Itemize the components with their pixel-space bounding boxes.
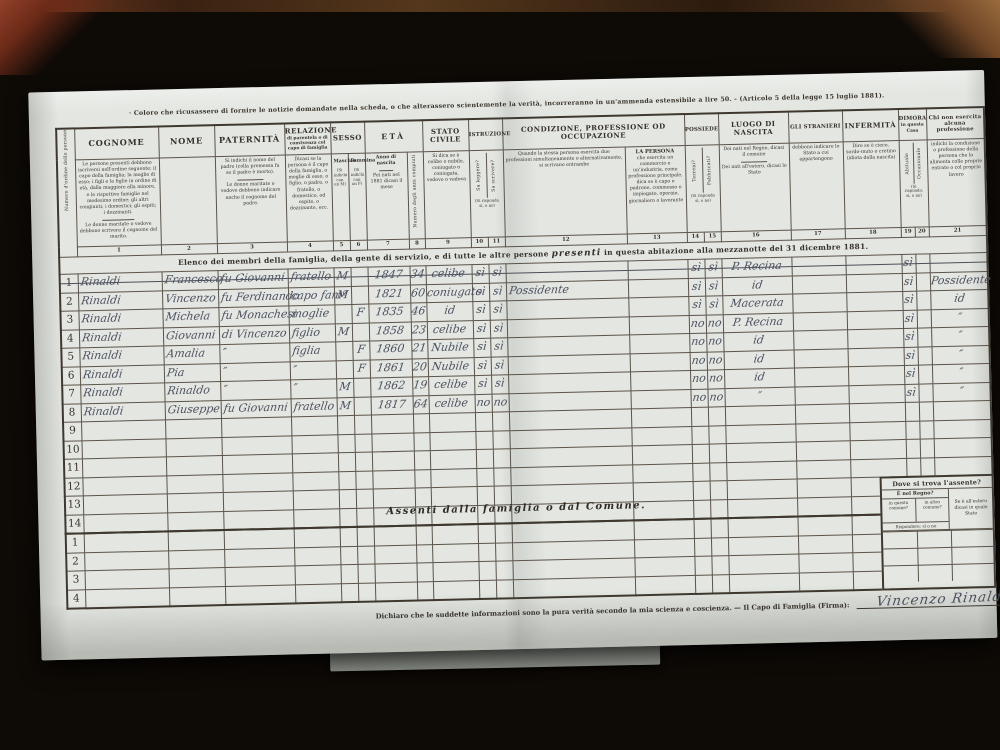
handwritten-entry: 1862 [376, 378, 406, 394]
cell-relazione [292, 453, 338, 473]
handwritten-entry: figlia [289, 343, 321, 359]
cell-luogo: ″ [724, 387, 794, 407]
cell-fabbricati [708, 426, 725, 445]
note-stato-civile: Si dica se è celibe o nubile, coniugato … [423, 151, 471, 239]
handwritten-entry: id [753, 370, 766, 385]
empty-cell-stranieri [798, 534, 852, 554]
note-paternita: Si indichi il nome del padre (colla prem… [215, 155, 287, 244]
cell-paternita: fu Monachesi [218, 306, 288, 326]
cell-persona [631, 426, 691, 446]
cell-nome: Francesco [162, 271, 218, 291]
cell-stranieri [793, 312, 847, 332]
cell-abituale: sì [904, 347, 918, 366]
cell-scrivere: sì [488, 264, 505, 283]
note-cognome: Le persone presenti debbono iscriversi n… [75, 158, 161, 247]
answer-instruction: Rispondere: sì o no [883, 521, 950, 531]
cell-luogo: P. Recina [723, 313, 793, 333]
cell-m: M [336, 379, 353, 398]
handwritten-entry: 46 [411, 304, 427, 319]
cell-occasionale [919, 402, 933, 421]
col-header-stranieri: GLI STRANIERI [788, 110, 843, 143]
handwritten-entry: ″ [757, 388, 763, 403]
cell-f: F [351, 304, 368, 323]
handwritten-entry: sì [708, 297, 719, 312]
cell-paternita [222, 473, 292, 493]
handwritten-entry: celibe [434, 377, 469, 393]
cell-anni [413, 432, 429, 451]
cell-anni: 46 [410, 303, 426, 322]
cell-cognome: Rinaldi [79, 328, 163, 348]
cell-cognome: Rinaldi [78, 309, 162, 329]
cell-fabbricati [709, 462, 726, 481]
empty-cell-persona [634, 556, 694, 576]
cell-m [338, 453, 355, 472]
handwritten-entry: celibe [431, 266, 466, 282]
cell-abituale: sì [902, 291, 916, 310]
cell-leggere: sì [473, 320, 490, 339]
cell-nome: Giuseppe [165, 400, 221, 420]
handwritten-entry: Possidente [929, 272, 991, 288]
handwritten-entry: M [336, 268, 349, 283]
empty-cell-luogo [728, 554, 798, 574]
cell-persona [628, 278, 688, 298]
handwritten-entry: P. Recina [732, 314, 784, 330]
note-nome [159, 157, 217, 246]
handwritten-entry: no [690, 352, 706, 367]
handwritten-entry: Giovanni [163, 327, 216, 343]
cell-anno [371, 433, 413, 452]
handwritten-entry: sì [905, 347, 916, 362]
census-table: Numero d'ordine delle persone COGNOME NO… [55, 106, 994, 535]
cell-luogo [726, 442, 796, 462]
cell-cognome: Rinaldi [80, 365, 164, 385]
cell-persona [629, 315, 689, 335]
cell-nome [165, 437, 221, 457]
handwritten-entry: sì [906, 384, 917, 399]
cell-f [355, 471, 372, 490]
cell-fabbricati: no [707, 389, 724, 408]
empty-cell-persona [635, 575, 695, 595]
cell-abituale [905, 402, 919, 421]
note-luogo: Dei nati nel Regno, dicasi il comuneDei … [719, 143, 791, 232]
cell-terreni [691, 407, 708, 426]
note-persona: LA PERSONAche esercita un commercio o un… [625, 146, 687, 235]
cell-anno: 1861 [370, 359, 412, 378]
row-number: 1 [60, 274, 78, 293]
cell-leggere: sì [471, 265, 488, 284]
cell-terreni: no [690, 352, 707, 371]
empty-cell-f [357, 546, 374, 565]
col-header-condizione: CONDIZIONE, PROFESSIONE OD OCCUPAZIONE [502, 114, 685, 150]
cell-anno [372, 451, 414, 470]
handwritten-entry: 34 [410, 267, 426, 282]
empty-cell-paternita [224, 547, 294, 567]
cell-scrivere: sì [489, 301, 506, 320]
col-num: 6 [350, 240, 367, 250]
cell-infermita [849, 403, 905, 423]
handwritten-entry: sì [492, 265, 503, 280]
cell-anno: 1860 [369, 340, 411, 359]
cell-anni: 64 [413, 395, 429, 414]
cell-relazione: ″ [290, 379, 336, 399]
row-number: 2 [60, 293, 78, 312]
handwritten-entry: no [492, 394, 508, 409]
col-header-eta: ETÀ [364, 120, 423, 153]
handwritten-entry: sì [476, 339, 487, 354]
empty-cell-nome [169, 568, 225, 588]
cell-leggere [475, 431, 492, 450]
col-header-relazione: RELAZIONE di parentela o di convivenza c… [284, 122, 331, 155]
handwritten-entry: sì [475, 265, 486, 280]
cell-anni [414, 469, 430, 488]
note-possiede: Terreni?Fabbricati?(Si risponda sì, o no… [685, 145, 721, 233]
cell-leggere: sì [474, 376, 491, 395]
cell-fabbricati: sì [704, 259, 721, 278]
cell-nome: Pia [164, 363, 220, 383]
cell-f [352, 323, 369, 342]
cell-luogo: Macerata [722, 294, 792, 314]
cell-luogo: id [723, 331, 793, 351]
col-header-cognome: COGNOME [74, 126, 159, 159]
handwritten-entry: ″ [958, 383, 964, 398]
empty-cell-scrivere [495, 523, 512, 542]
cell-abituale: sì [904, 384, 918, 403]
cell-relazione: fratello [288, 268, 334, 288]
cell-f [354, 434, 371, 453]
cell-terreni [692, 444, 709, 463]
note-stranieri: debbono indicare lo Stato a cui apparten… [789, 142, 845, 231]
cell-f: F [352, 341, 369, 360]
cell-m: M [337, 397, 354, 416]
empty-cell-relazione [294, 527, 340, 547]
col-num: 8 [409, 239, 425, 249]
row-number: 10 [63, 441, 81, 460]
cell-chi-non [934, 438, 992, 458]
empty-cell-cognome [85, 587, 169, 608]
handwritten-entry: sì [903, 274, 914, 289]
cell-paternita: ″ [220, 380, 290, 400]
handwritten-entry: Amalia [163, 346, 206, 362]
handwritten-entry: ″ [290, 381, 298, 396]
cell-stato [430, 468, 476, 488]
cell-relazione: ″ [290, 361, 336, 381]
cell-fabbricati [710, 481, 727, 500]
empty-cell-scrivere [495, 542, 512, 561]
cell-stranieri [794, 386, 848, 406]
handwritten-entry: celibe [432, 321, 467, 337]
cell-nome [166, 474, 222, 494]
cell-luogo: id [724, 368, 794, 388]
cell-infermita [847, 310, 903, 330]
empty-cell-cognome [84, 550, 168, 570]
handwritten-entry: id [751, 277, 764, 292]
col-header-nome: NOME [158, 125, 215, 158]
cell-scrivere [493, 449, 510, 468]
cell-abituale [906, 439, 920, 458]
empty-cell-anni [416, 525, 432, 544]
cell-cognome [81, 439, 165, 459]
row-number: 2 [66, 552, 84, 571]
cell-occasionale [916, 291, 930, 310]
cell-scrivere: sì [489, 283, 506, 302]
col-header-chi-non-esercita: Chi non esercita alcuna professione [926, 107, 985, 140]
handwritten-entry: 21 [411, 341, 427, 356]
empty-cell-persona [634, 538, 694, 558]
handwritten-entry: ″ [219, 345, 227, 360]
cell-stranieri [792, 293, 846, 313]
cell-stato: celibe [427, 320, 473, 340]
note-sesso-m: Maschio(Si indichi con un M) [331, 154, 350, 242]
handwritten-entry: sì [904, 310, 915, 325]
empty-cell-anni [416, 544, 432, 563]
cell-occasionale [915, 254, 929, 273]
cell-nome: Michela [162, 308, 218, 328]
handwritten-entry: 1860 [375, 341, 405, 357]
cell-infermita [848, 366, 904, 386]
cell-persona [630, 352, 690, 372]
cell-scrivere: no [492, 394, 509, 413]
empty-cell-cognome [85, 569, 169, 589]
handwritten-entry: ″ [219, 364, 227, 379]
cell-abituale [906, 458, 920, 477]
handwritten-entry: sì [494, 357, 505, 372]
cell-fabbricati: no [706, 315, 723, 334]
cell-infermita [848, 384, 904, 404]
empty-cell-nome [168, 530, 224, 550]
handwritten-entry: ″ [957, 346, 963, 361]
empty-cell-fabbricati [711, 556, 728, 575]
empty-cell-terreni [695, 575, 712, 594]
handwritten-entry: ″ [220, 382, 228, 397]
handwritten-entry: id [443, 303, 456, 318]
empty-cell-f [358, 582, 375, 601]
wood-table-edge [0, 0, 1000, 12]
census-sheet: · Coloro che ricusassero di fornire le n… [28, 70, 997, 660]
note-istruzione: Sa leggere?Sa scrivere?(Si risponda sì, … [469, 150, 505, 238]
col-num: 5 [333, 241, 350, 251]
wood-corner-left [0, 0, 100, 75]
cell-m [334, 305, 351, 324]
cell-relazione: moglie [288, 305, 334, 325]
handwritten-entry: ″ [957, 328, 963, 343]
handwritten-entry: P. Recina [730, 258, 782, 274]
other-commune-question: in altro comune? [915, 498, 949, 522]
empty-cell-stranieri [798, 553, 852, 573]
cell-nome: Giovanni [163, 326, 219, 346]
cell-nome: Rinaldo [164, 382, 220, 402]
row-number: 8 [63, 404, 81, 423]
cell-leggere [476, 449, 493, 468]
col-header-infermita: INFERMITÀ [842, 109, 899, 142]
cell-f [350, 267, 367, 286]
cell-luogo: id [724, 350, 794, 370]
cell-infermita [847, 329, 903, 349]
empty-cell-m [340, 546, 357, 565]
note-infermita: Dire se è cieco, sordo-muto o cretino (i… [843, 141, 901, 230]
col-header-stato-civile: STATO CIVILE [422, 119, 469, 152]
cell-paternita: fu Ferdinando [218, 288, 288, 308]
cell-relazione [291, 416, 337, 436]
empty-cell-condizione [513, 576, 635, 598]
handwritten-entry: Nubile [431, 358, 470, 374]
cell-infermita [850, 440, 906, 460]
row-number: 4 [67, 589, 85, 608]
cell-occasionale [918, 384, 932, 403]
cell-stato: Nubile [427, 339, 473, 359]
handwritten-entry: 64 [413, 396, 429, 411]
cell-infermita [848, 347, 904, 367]
cell-stranieri [794, 367, 848, 387]
cell-persona [630, 389, 690, 409]
cell-scrivere: sì [491, 357, 508, 376]
cell-anni [414, 451, 430, 470]
cell-f [356, 489, 373, 508]
cell-fabbricati: no [707, 352, 724, 371]
cell-occasionale [920, 458, 934, 477]
cell-cognome [82, 476, 166, 496]
col-header-luogo-nascita: LUOGO DI NASCITA [718, 112, 789, 145]
cell-leggere: sì [472, 302, 489, 321]
cell-stranieri [795, 423, 849, 443]
cell-abituale: sì [902, 273, 916, 292]
empty-cell-stato [433, 580, 479, 600]
handwritten-entry: figlio [288, 325, 320, 341]
cell-anno: 1817 [371, 396, 413, 415]
cell-chi-non: ″ [931, 327, 989, 347]
cell-f [354, 397, 371, 416]
empty-cell-leggere [478, 561, 495, 580]
handwritten-entry: Pia [163, 365, 185, 381]
cell-scrivere [492, 412, 509, 431]
handwritten-entry: Rinaldi [79, 329, 123, 345]
cell-infermita [846, 273, 902, 293]
handwritten-entry: Rinaldi [80, 385, 124, 401]
empty-cell-stranieri [797, 515, 851, 535]
empty-cell-leggere [479, 580, 496, 599]
note-dimora: AbitualeOccasionale(Si risponda: sì, o n… [899, 140, 929, 228]
col-num: 20 [915, 227, 929, 237]
cell-m [337, 416, 354, 435]
row-number: 6 [62, 367, 80, 386]
empty-cell-m [341, 583, 358, 602]
wood-corner-right [885, 0, 1000, 58]
cell-scrivere [494, 486, 511, 505]
cell-abituale: sì [903, 310, 917, 329]
cell-terreni [692, 463, 709, 482]
cell-stato [429, 431, 475, 451]
cell-anni [413, 414, 429, 433]
cell-infermita [850, 458, 906, 478]
row-number: 4 [61, 330, 79, 349]
cell-scrivere [493, 468, 510, 487]
handwritten-entry: no [690, 334, 706, 349]
cell-m [338, 471, 355, 490]
cell-anni: 34 [409, 266, 425, 285]
empty-cell-paternita [225, 566, 295, 586]
note-relazione: Dicasi se la persona è il capo della fam… [285, 154, 333, 242]
cell-leggere: sì [473, 339, 490, 358]
empty-cell-luogo [729, 573, 799, 594]
cell-stato: celibe [429, 394, 475, 414]
col-header-dimora: DIMORA in questa Casa [898, 108, 927, 140]
cell-anni: 19 [412, 377, 428, 396]
handwritten-entry: sì [477, 376, 488, 391]
cell-stato: coniugato [426, 283, 472, 303]
cell-m: M [335, 323, 352, 342]
cell-fabbricati [709, 444, 726, 463]
cell-occasionale [918, 365, 932, 384]
row-number: 7 [62, 385, 80, 404]
handwritten-entry: Giuseppe [164, 401, 220, 417]
handwritten-entry: sì [494, 376, 505, 391]
handwritten-entry: M [339, 398, 352, 413]
cell-paternita: ″ [219, 343, 289, 363]
col-num: 11 [488, 237, 505, 247]
handwritten-entry: M [337, 324, 350, 339]
cell-cognome: Rinaldi [79, 346, 163, 366]
cell-chi-non: ″ [931, 308, 989, 328]
cell-cognome: Rinaldi [78, 291, 162, 311]
empty-cell-paternita [225, 584, 295, 605]
col-num: 15 [704, 232, 721, 242]
cell-cognome: Rinaldi [81, 402, 165, 422]
handwritten-entry: sì [492, 283, 503, 298]
handwritten-entry: fratello [287, 269, 331, 285]
handwritten-entry: di Vincenzo [219, 325, 288, 342]
empty-cell-f [357, 564, 374, 583]
handwritten-entry: sì [906, 366, 917, 381]
handwritten-entry: celibe [434, 395, 469, 411]
col-header-istruzione: ISTRUZIONE [468, 118, 503, 150]
cell-anni: 23 [411, 322, 427, 341]
row-number: 11 [64, 459, 82, 478]
cell-terreni: no [689, 333, 706, 352]
cell-anni [415, 488, 431, 507]
handwritten-entry: moglie [288, 306, 330, 322]
handwritten-entry: sì [691, 297, 702, 312]
handwritten-entry: sì [493, 320, 504, 335]
row-number: 3 [60, 311, 78, 330]
handwritten-entry: Rinaldi [79, 348, 123, 364]
cell-chi-non: ″ [932, 382, 990, 402]
cell-m [339, 490, 356, 509]
empty-cell-m [340, 564, 357, 583]
handwritten-entry: no [691, 389, 707, 404]
whereabouts-box: Dove si trova l'assente? È nel Regno? in… [880, 474, 997, 591]
row-number: 3 [67, 571, 85, 590]
handwritten-entry: 60 [410, 285, 426, 300]
cell-leggere: no [475, 394, 492, 413]
declaration-text: Dichiaro che le suddette informazioni so… [376, 601, 850, 620]
handwritten-entry: Macerata [730, 295, 785, 311]
cell-anno: 1862 [370, 377, 412, 396]
empty-cell-fabbricati [712, 574, 729, 593]
handwritten-entry: sì [475, 302, 486, 317]
cell-f [355, 452, 372, 471]
cell-luogo [725, 424, 795, 444]
empty-cell-terreni [693, 519, 710, 538]
handwritten-entry: sì [477, 358, 488, 373]
cell-terreni: sì [688, 296, 705, 315]
empty-cell-terreni [694, 538, 711, 557]
handwritten-entry: 19 [412, 377, 428, 392]
cell-paternita [221, 417, 291, 437]
handwritten-entry: no [707, 334, 723, 349]
cell-persona [632, 445, 692, 465]
cell-terreni [691, 426, 708, 445]
this-commune-question: in questo comune? [882, 499, 915, 523]
cell-paternita: fu Giovanni [221, 399, 291, 419]
